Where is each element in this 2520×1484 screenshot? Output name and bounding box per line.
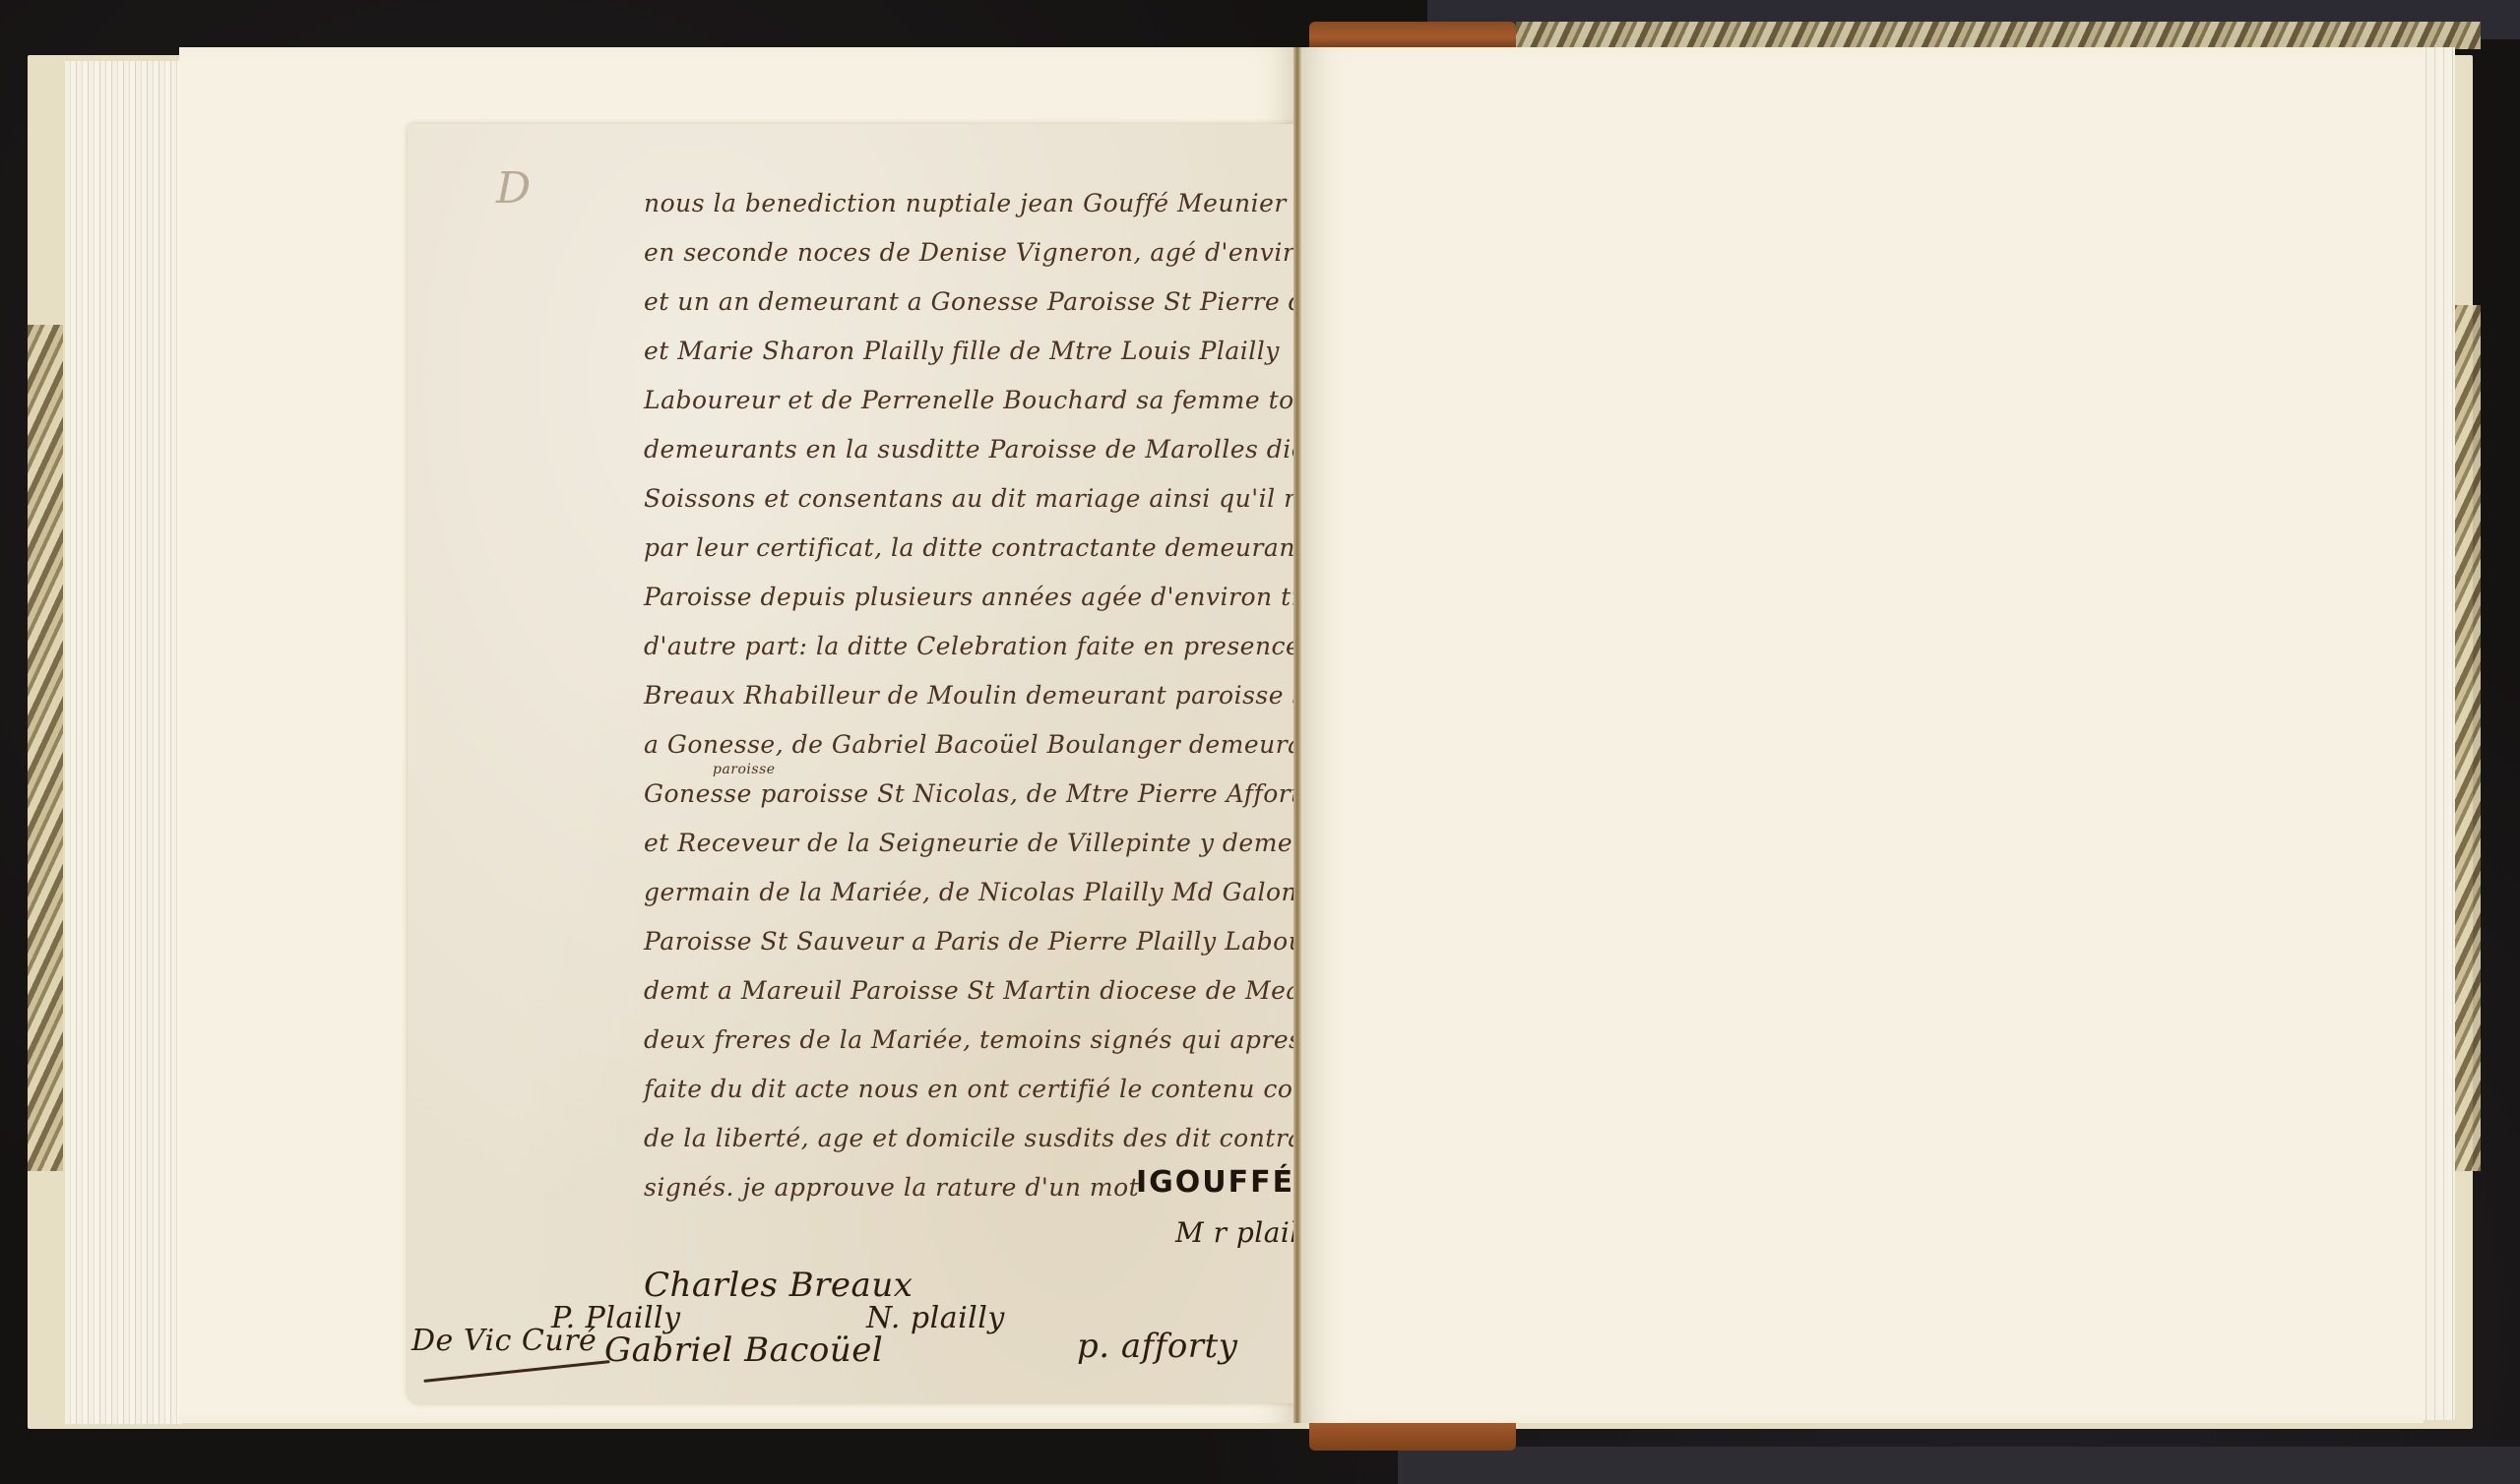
manuscript-line: et Marie Sharon Plailly fille de Mtre Lo…	[644, 337, 1280, 365]
marbled-endpaper-top	[1516, 22, 2481, 49]
left-manuscript-sheet: D nous la benediction nuptiale jean Gouf…	[408, 124, 1360, 1403]
book-gutter	[1293, 47, 1301, 1423]
marbled-endpaper-left	[28, 325, 63, 1171]
marbled-endpaper-right	[2451, 305, 2481, 1171]
signature: Gabriel Bacoüel	[604, 1330, 883, 1370]
manuscript-line: de la liberté, age et domicile susdits d…	[644, 1124, 1372, 1152]
manuscript-line: Paroisse St Sauveur a Paris de Pierre Pl…	[644, 927, 1360, 956]
manuscript-line: Laboureur et de Perrenelle Bouchard sa f…	[644, 386, 1394, 414]
manuscript-line: a Gonesse, de Gabriel Bacoüel Boulanger …	[644, 730, 1354, 759]
spine-tailcap	[1309, 1423, 1516, 1451]
signature: N. plailly	[866, 1301, 1005, 1335]
spine-headcap	[1309, 22, 1516, 47]
page-stack-right	[2422, 47, 2455, 1420]
manuscript-line: deux freres de la Mariée, temoins signés…	[644, 1025, 1402, 1054]
manuscript-line: signés. je approuve la rature d'un mot	[644, 1173, 1139, 1202]
signature-stamp-gouffe: IGOUFFÉ	[1136, 1165, 1294, 1200]
left-page[interactable]: D nous la benediction nuptiale jean Gouf…	[179, 47, 1297, 1423]
manuscript-line: nous la benediction nuptiale jean Gouffé…	[644, 189, 1351, 217]
signature: Charles Breaux	[644, 1266, 913, 1305]
manuscript-line: demt a Mareuil Paroisse St Martin dioces…	[644, 976, 1395, 1005]
page-stack-left	[65, 61, 183, 1424]
signature: De Vic Curé	[411, 1324, 597, 1358]
interlinear-note: paroisse	[713, 762, 776, 777]
background-cloth-dark-bottom	[1398, 1447, 2520, 1484]
signature: p. afforty	[1077, 1327, 1237, 1366]
right-page[interactable]: ⚜ ⚜ ⚜ GEN·DE PARIS P.P. UN SOL QUATRE DE…	[1301, 47, 2424, 1423]
manuscript-line: demeurants en la susditte Paroisse de Ma…	[644, 435, 1404, 464]
margin-mark: D	[496, 163, 532, 214]
